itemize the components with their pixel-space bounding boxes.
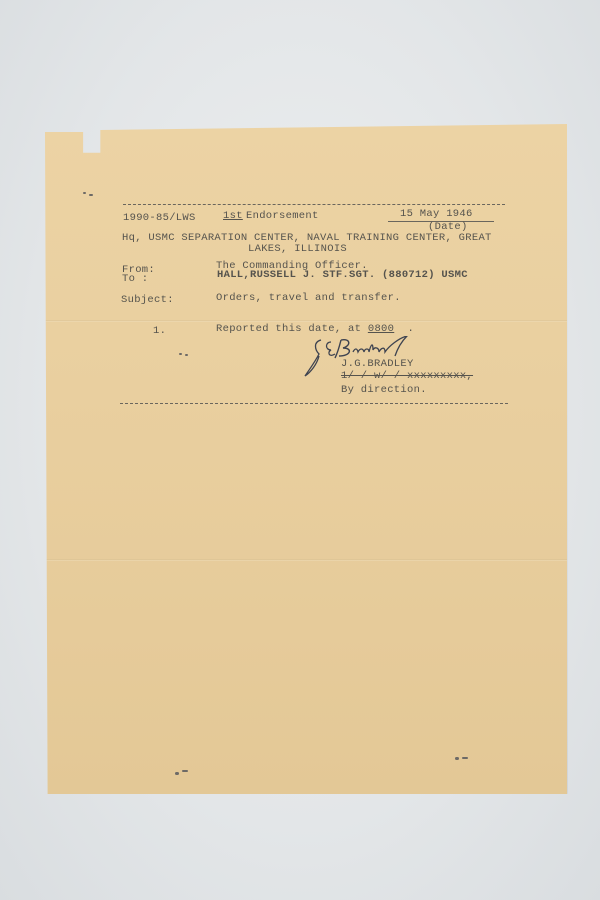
report-time: 0800: [368, 323, 394, 335]
staple-mark: [89, 194, 93, 196]
paragraph-end: .: [407, 323, 414, 335]
subject-value: Orders, travel and transfer.: [216, 292, 401, 304]
subject-label: Subject:: [121, 294, 174, 306]
staple-hole: [462, 757, 468, 759]
staple-hole: [175, 772, 179, 775]
ink-speck: [179, 353, 182, 355]
staple-hole: [182, 770, 188, 772]
document-date: 15 May 1946: [400, 208, 473, 220]
signer-authority: By direction.: [341, 384, 427, 396]
paragraph-prefix: Reported this date, at: [216, 323, 361, 335]
handwritten-signature: [303, 336, 413, 380]
staple-hole: [455, 757, 459, 760]
fold-line: [45, 559, 567, 561]
top-divider: [123, 204, 505, 205]
to-value: HALL,RUSSELL J. STF.SGT. (880712) USMC: [217, 269, 468, 281]
document-page: 1990-85/LWS 1st Endorsement 15 May 1946 …: [45, 124, 567, 794]
endorsement-label: Endorsement: [246, 210, 319, 222]
endorsement-number: 1st: [223, 210, 243, 222]
headquarters-line-2: LAKES, ILLINOIS: [248, 243, 347, 255]
paragraph-text: Reported this date, at 0800 .: [216, 323, 414, 335]
file-reference: 1990-85/LWS: [123, 212, 196, 224]
ink-speck: [185, 354, 188, 356]
bottom-divider: [120, 403, 508, 404]
paragraph-number: 1.: [153, 325, 166, 337]
fold-line: [45, 320, 567, 322]
staple-mark: [83, 192, 86, 194]
to-label: To :: [122, 273, 148, 285]
